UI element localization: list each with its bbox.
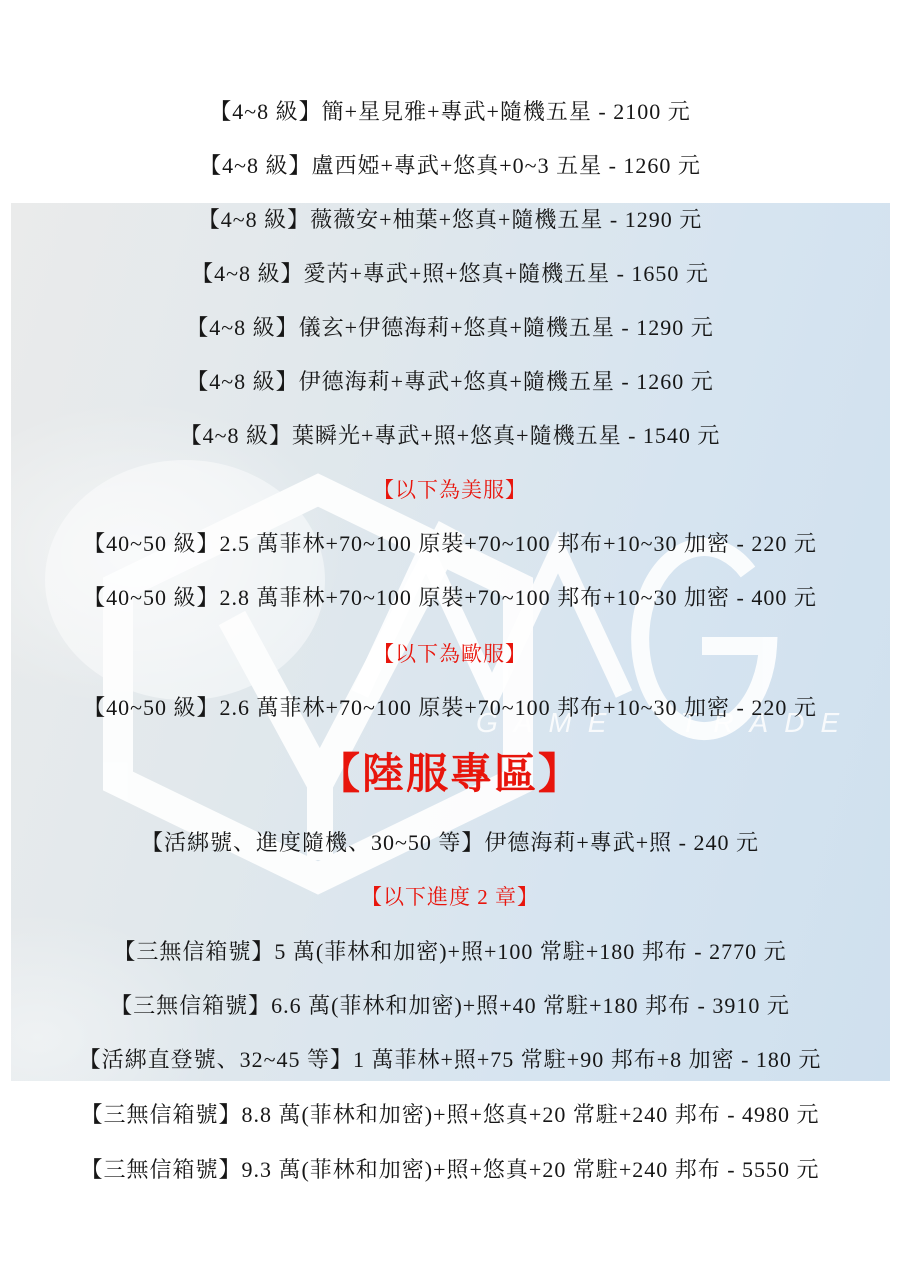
price-line: 【4~8 級】葉瞬光+專武+照+悠真+隨機五星 - 1540 元 [0,421,900,451]
price-line: 【4~8 級】盧西婭+專武+悠真+0~3 五星 - 1260 元 [0,151,900,181]
price-line: 【40~50 級】2.6 萬菲林+70~100 原裝+70~100 邦布+10~… [0,693,900,723]
price-line: 【4~8 級】愛芮+專武+照+悠真+隨機五星 - 1650 元 [0,259,900,289]
price-line: 【4~8 級】薇薇安+柚葉+悠真+隨機五星 - 1290 元 [0,205,900,235]
price-line: 【三無信箱號】5 萬(菲林和加密)+照+100 常駐+180 邦布 - 2770… [0,937,900,967]
price-line: 【40~50 級】2.8 萬菲林+70~100 原裝+70~100 邦布+10~… [0,583,900,613]
price-line: 【40~50 級】2.5 萬菲林+70~100 原裝+70~100 邦布+10~… [0,529,900,559]
price-line: 【4~8 級】儀玄+伊德海莉+悠真+隨機五星 - 1290 元 [0,313,900,343]
section-heading-eu: 【以下為歐服】 [0,639,900,669]
section-title-cn: 【陸服專區】 [0,747,900,803]
price-line: 【三無信箱號】8.8 萬(菲林和加密)+照+悠真+20 常駐+240 邦布 - … [0,1100,900,1130]
price-line: 【4~8 級】伊德海莉+專武+悠真+隨機五星 - 1260 元 [0,367,900,397]
section-heading-ch2: 【以下進度 2 章】 [0,882,900,912]
price-line: 【三無信箱號】9.3 萬(菲林和加密)+照+悠真+20 常駐+240 邦布 - … [0,1155,900,1185]
price-line: 【三無信箱號】6.6 萬(菲林和加密)+照+40 常駐+180 邦布 - 391… [0,991,900,1021]
price-line: 【活綁號、進度隨機、30~50 等】伊德海莉+專武+照 - 240 元 [0,828,900,858]
price-line: 【4~8 級】簡+星見雅+專武+隨機五星 - 2100 元 [0,97,900,127]
price-line: 【活綁直登號、32~45 等】1 萬菲林+照+75 常駐+90 邦布+8 加密 … [0,1045,900,1075]
section-heading-us: 【以下為美服】 [0,475,900,505]
